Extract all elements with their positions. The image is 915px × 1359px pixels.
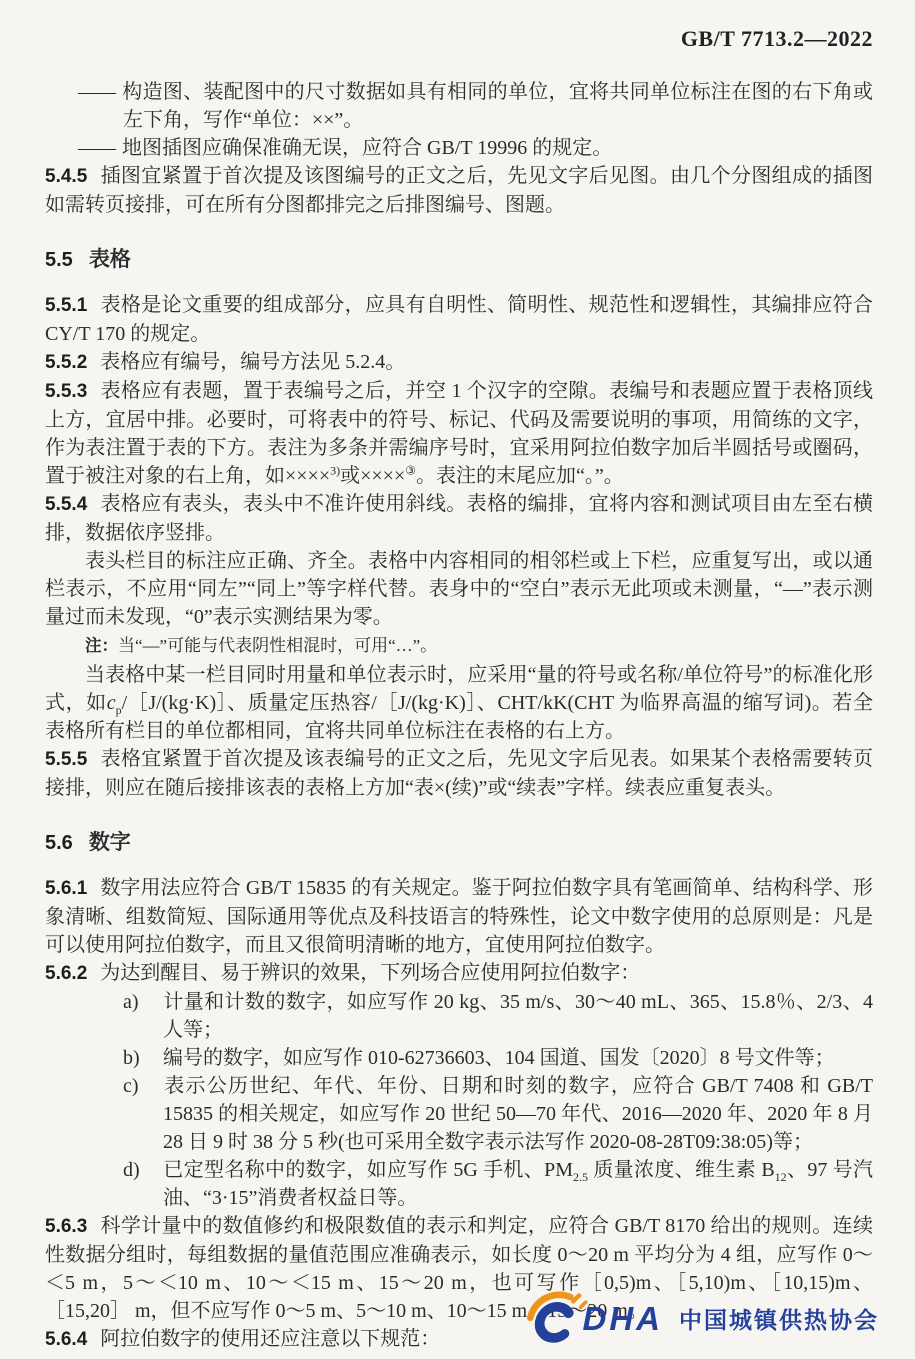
clause-text: 表格是论文重要的组成部分，应具有自明性、简明性、规范性和逻辑性，其编排应符合 C…	[45, 294, 873, 345]
note-label: 注：	[85, 637, 118, 655]
note-text: 当“—”可能与代表阴性相混时，可用“…”。	[118, 636, 437, 655]
document-body: ——构造图、装配图中的尺寸数据如具有相同的单位，宜将共同单位标注在图的右下角或左…	[45, 78, 873, 1354]
list-item-b: b)编号的数字，如应写作 010-62736603、104 国道、国发〔2020…	[45, 1044, 873, 1072]
section-title: 表格	[89, 248, 131, 271]
footnote-superscript: 3)	[330, 463, 340, 477]
section-title: 数字	[89, 831, 131, 854]
b12-subscript: 12	[775, 1170, 787, 1184]
logo-acronym-text: DHA	[583, 1300, 664, 1338]
clause-number: 5.5.2	[45, 352, 87, 373]
variable-symbol: c	[107, 692, 116, 714]
section-number: 5.5	[45, 249, 73, 271]
clause-5-6-2: 5.6.2为达到醒目、易于辨识的效果，下列场合应使用阿拉伯数字：	[45, 959, 873, 988]
clause-5-5-3: 5.5.3表格应有表题，置于表编号之后，并空 1 个汉字的空隙。表编号和表题应置…	[45, 377, 873, 490]
list-item-label: c)	[123, 1072, 163, 1100]
section-number: 5.6	[45, 832, 73, 854]
clause-5-4-5: 5.4.5插图宜紧置于首次提及该图编号的正文之后，先见文字后见图。由几个分图组成…	[45, 162, 873, 219]
document-page: GB/T 7713.2—2022 ——构造图、装配图中的尺寸数据如具有相同的单位…	[0, 0, 915, 1359]
dash-item-text: 构造图、装配图中的尺寸数据如具有相同的单位，宜将共同单位标注在图的右下角或左下角…	[122, 81, 873, 131]
clause-text: 为达到醒目、易于辨识的效果，下列场合应使用阿拉伯数字：	[100, 962, 640, 984]
clause-5-5-1: 5.5.1表格是论文重要的组成部分，应具有自明性、简明性、规范性和逻辑性，其编排…	[45, 291, 873, 348]
clause-text: 或××××	[340, 465, 405, 487]
dash-mark: ——	[78, 137, 114, 159]
paragraph-text: /［J/(kg·K)］、质量定压热容/［J/(kg·K)］、CHT/kK(CHT…	[45, 692, 873, 742]
clause-text: 数字用法应符合 GB/T 15835 的有关规定。鉴于阿拉伯数字具有笔画简单、结…	[45, 877, 873, 956]
clause-number: 5.5.4	[45, 494, 87, 515]
cdha-logo-icon	[517, 1285, 591, 1343]
clause-text: 表格应有编号，编号方法见 5.2.4。	[100, 351, 405, 373]
clause-text: 。表注的末尾应加“。”。	[416, 465, 624, 487]
list-item-d: d)已定型名称中的数字，如应写作 5G 手机、PM2.5 质量浓度、维生素 B1…	[45, 1156, 873, 1212]
clause-text: 阿拉伯数字的使用还应注意以下规范：	[100, 1328, 440, 1350]
clause-5-5-5: 5.5.5表格宜紧置于首次提及该表编号的正文之后，先见文字后见表。如果某个表格需…	[45, 745, 873, 802]
list-item-text: 已定型名称中的数字，如应写作 5G 手机、PM	[163, 1159, 573, 1181]
list-item-a: a)计量和计数的数字，如应写作 20 kg、35 m/s、30～40 mL、36…	[45, 988, 873, 1044]
clause-number: 5.5.1	[45, 295, 87, 316]
list-item-c: c)表示公历世纪、年代、年份、日期和时刻的数字，应符合 GB/T 7408 和 …	[45, 1072, 873, 1156]
paragraph-table-header-rules: 表头栏目的标注应正确、齐全。表格中内容相同的相邻栏或上下栏，应重复写出，或以通栏…	[45, 547, 873, 631]
list-item-text: 表示公历世纪、年代、年份、日期和时刻的数字，应符合 GB/T 7408 和 GB…	[163, 1075, 873, 1153]
section-heading-5-5: 5.5表格	[45, 246, 873, 274]
clause-5-6-1: 5.6.1数字用法应符合 GB/T 15835 的有关规定。鉴于阿拉伯数字具有笔…	[45, 874, 873, 959]
list-item-text: 计量和计数的数字，如应写作 20 kg、35 m/s、30～40 mL、365、…	[163, 991, 873, 1041]
clause-text: 插图宜紧置于首次提及该图编号的正文之后，先见文字后见图。由几个分图组成的插图如需…	[45, 165, 873, 216]
clause-number: 5.6.1	[45, 878, 87, 899]
clause-text: 表格应有表头，表头中不准许使用斜线。表格的编排，宜将内容和测试项目由左至右横排，…	[45, 493, 873, 544]
standard-number: GB/T 7713.2—2022	[45, 26, 873, 52]
paragraph-quantity-unit-format: 当表格中某一栏目同时用量和单位表示时，应采用“量的符号或名称/单位符号”的标准化…	[45, 661, 873, 745]
list-item-text: 编号的数字，如应写作 010-62736603、104 国道、国发〔2020〕8…	[163, 1047, 835, 1069]
list-item-text: 质量浓度、维生素 B	[588, 1159, 775, 1181]
association-logo: DHA 中国城镇供热协会	[517, 1285, 880, 1343]
clause-number: 5.6.2	[45, 963, 87, 984]
clause-number: 5.4.5	[45, 166, 87, 187]
list-item-label: d)	[123, 1156, 163, 1184]
dash-item-construction-drawing: ——构造图、装配图中的尺寸数据如具有相同的单位，宜将共同单位标注在图的右下角或左…	[45, 78, 873, 134]
section-heading-5-6: 5.6数字	[45, 829, 873, 857]
clause-number: 5.6.3	[45, 1216, 87, 1237]
pm25-subscript: 2.5	[573, 1170, 588, 1184]
clause-text: 表格宜紧置于首次提及该表编号的正文之后，先见文字后见表。如果某个表格需要转页接排…	[45, 748, 873, 799]
dash-item-map-illustration: ——地图插图应确保准确无误，应符合 GB/T 19996 的规定。	[45, 134, 873, 162]
clause-number: 5.5.5	[45, 749, 87, 770]
circled-number-superscript: ③	[405, 463, 416, 477]
note: 注：当“—”可能与代表阴性相混时，可用“…”。	[45, 633, 873, 659]
clause-5-5-2: 5.5.2表格应有编号，编号方法见 5.2.4。	[45, 348, 873, 377]
clause-5-5-4: 5.5.4表格应有表头，表头中不准许使用斜线。表格的编排，宜将内容和测试项目由左…	[45, 490, 873, 547]
dash-mark: ——	[78, 81, 114, 103]
list-item-label: b)	[123, 1044, 163, 1072]
clause-number: 5.5.3	[45, 381, 87, 402]
dash-item-text: 地图插图应确保准确无误，应符合 GB/T 19996 的规定。	[122, 137, 612, 159]
list-item-label: a)	[123, 988, 163, 1016]
organization-name: 中国城镇供热协会	[679, 1302, 879, 1335]
clause-number: 5.6.4	[45, 1329, 87, 1350]
